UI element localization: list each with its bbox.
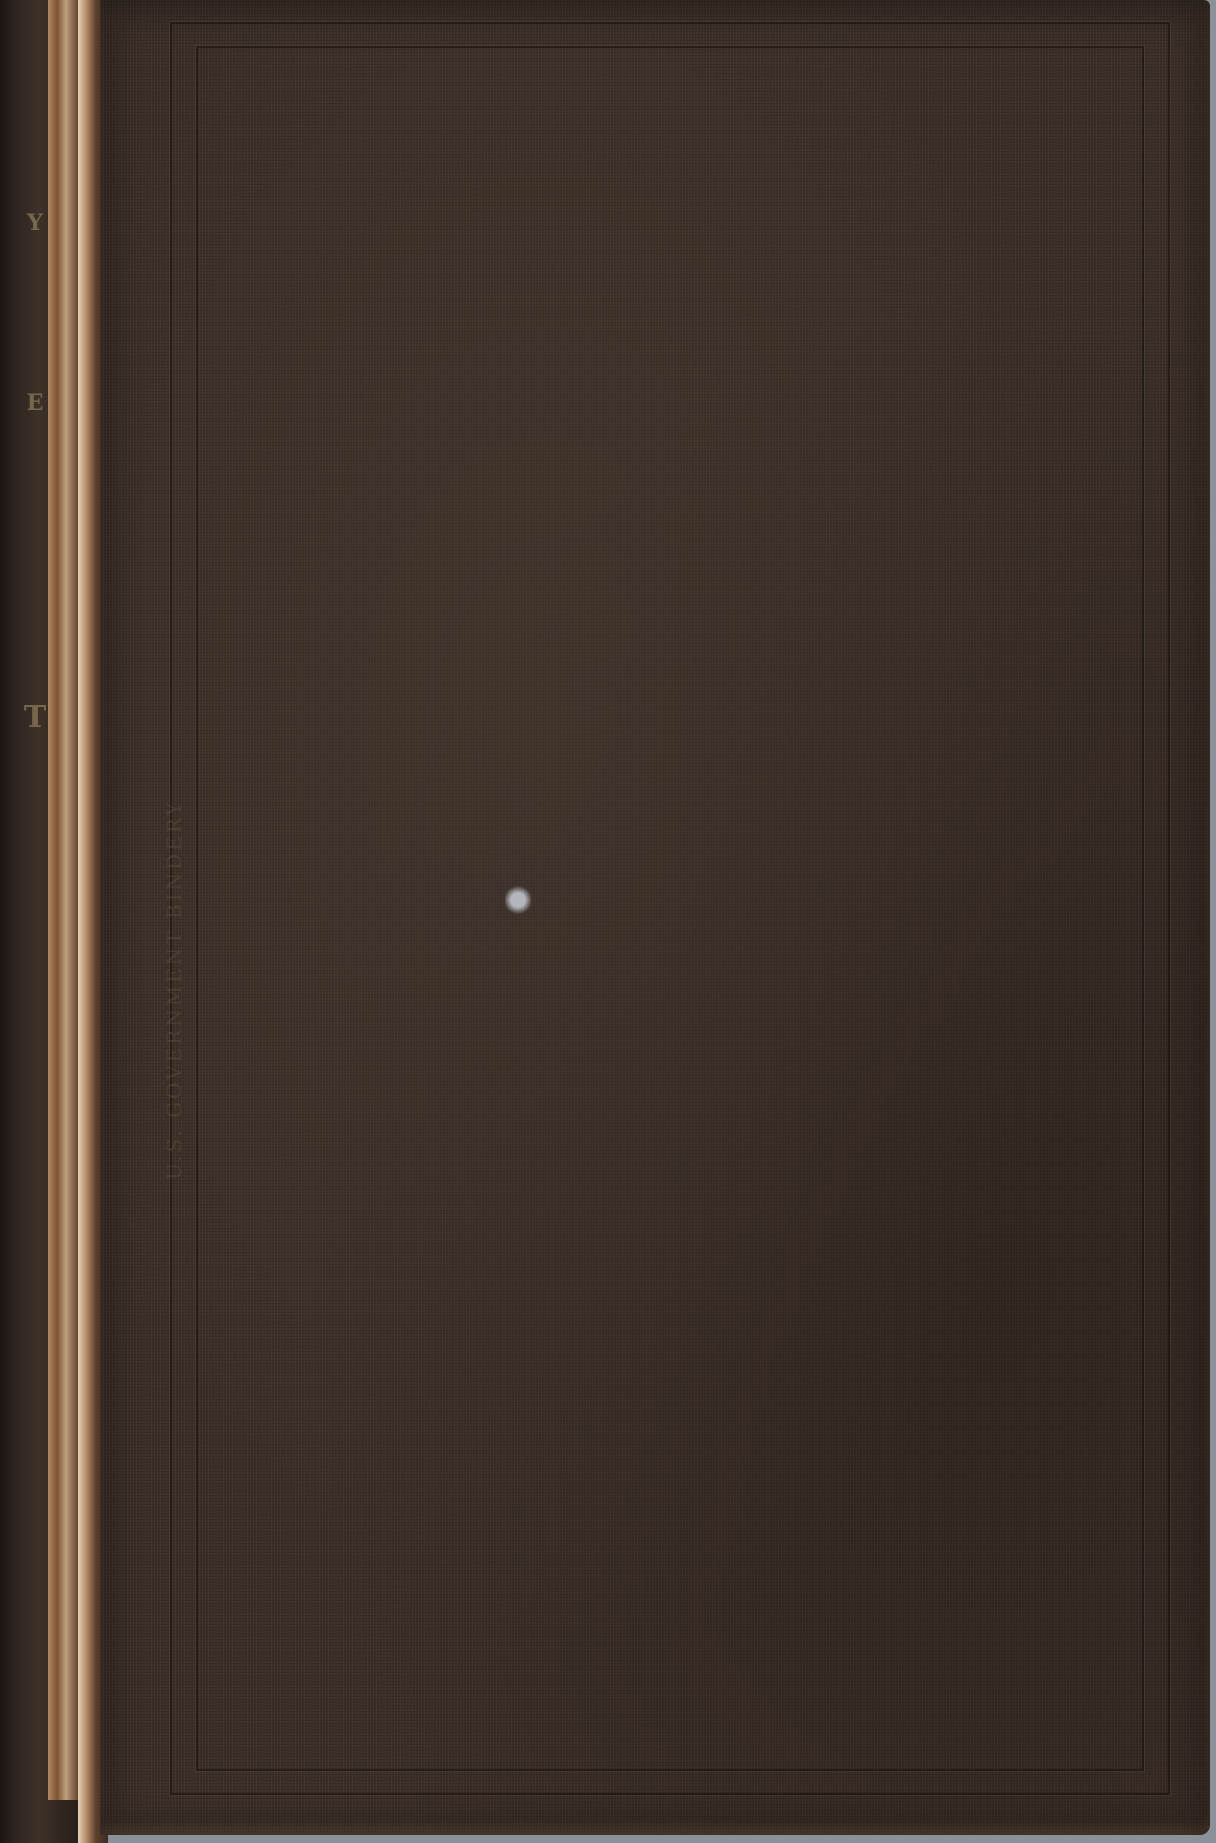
- torn-spine-edge: [48, 0, 78, 1800]
- spine-letter: T: [22, 700, 48, 735]
- book-photo: Y E T U.S. GOVERNMENT BINDERY: [0, 0, 1216, 1843]
- spine-letter: E: [22, 390, 48, 416]
- bindery-stamp: U.S. GOVERNMENT BINDERY: [162, 800, 186, 1180]
- front-cover: [100, 0, 1210, 1835]
- blind-border-inner: [196, 46, 1144, 1771]
- cover-blemish: [505, 880, 531, 920]
- spine-letter: Y: [22, 210, 48, 236]
